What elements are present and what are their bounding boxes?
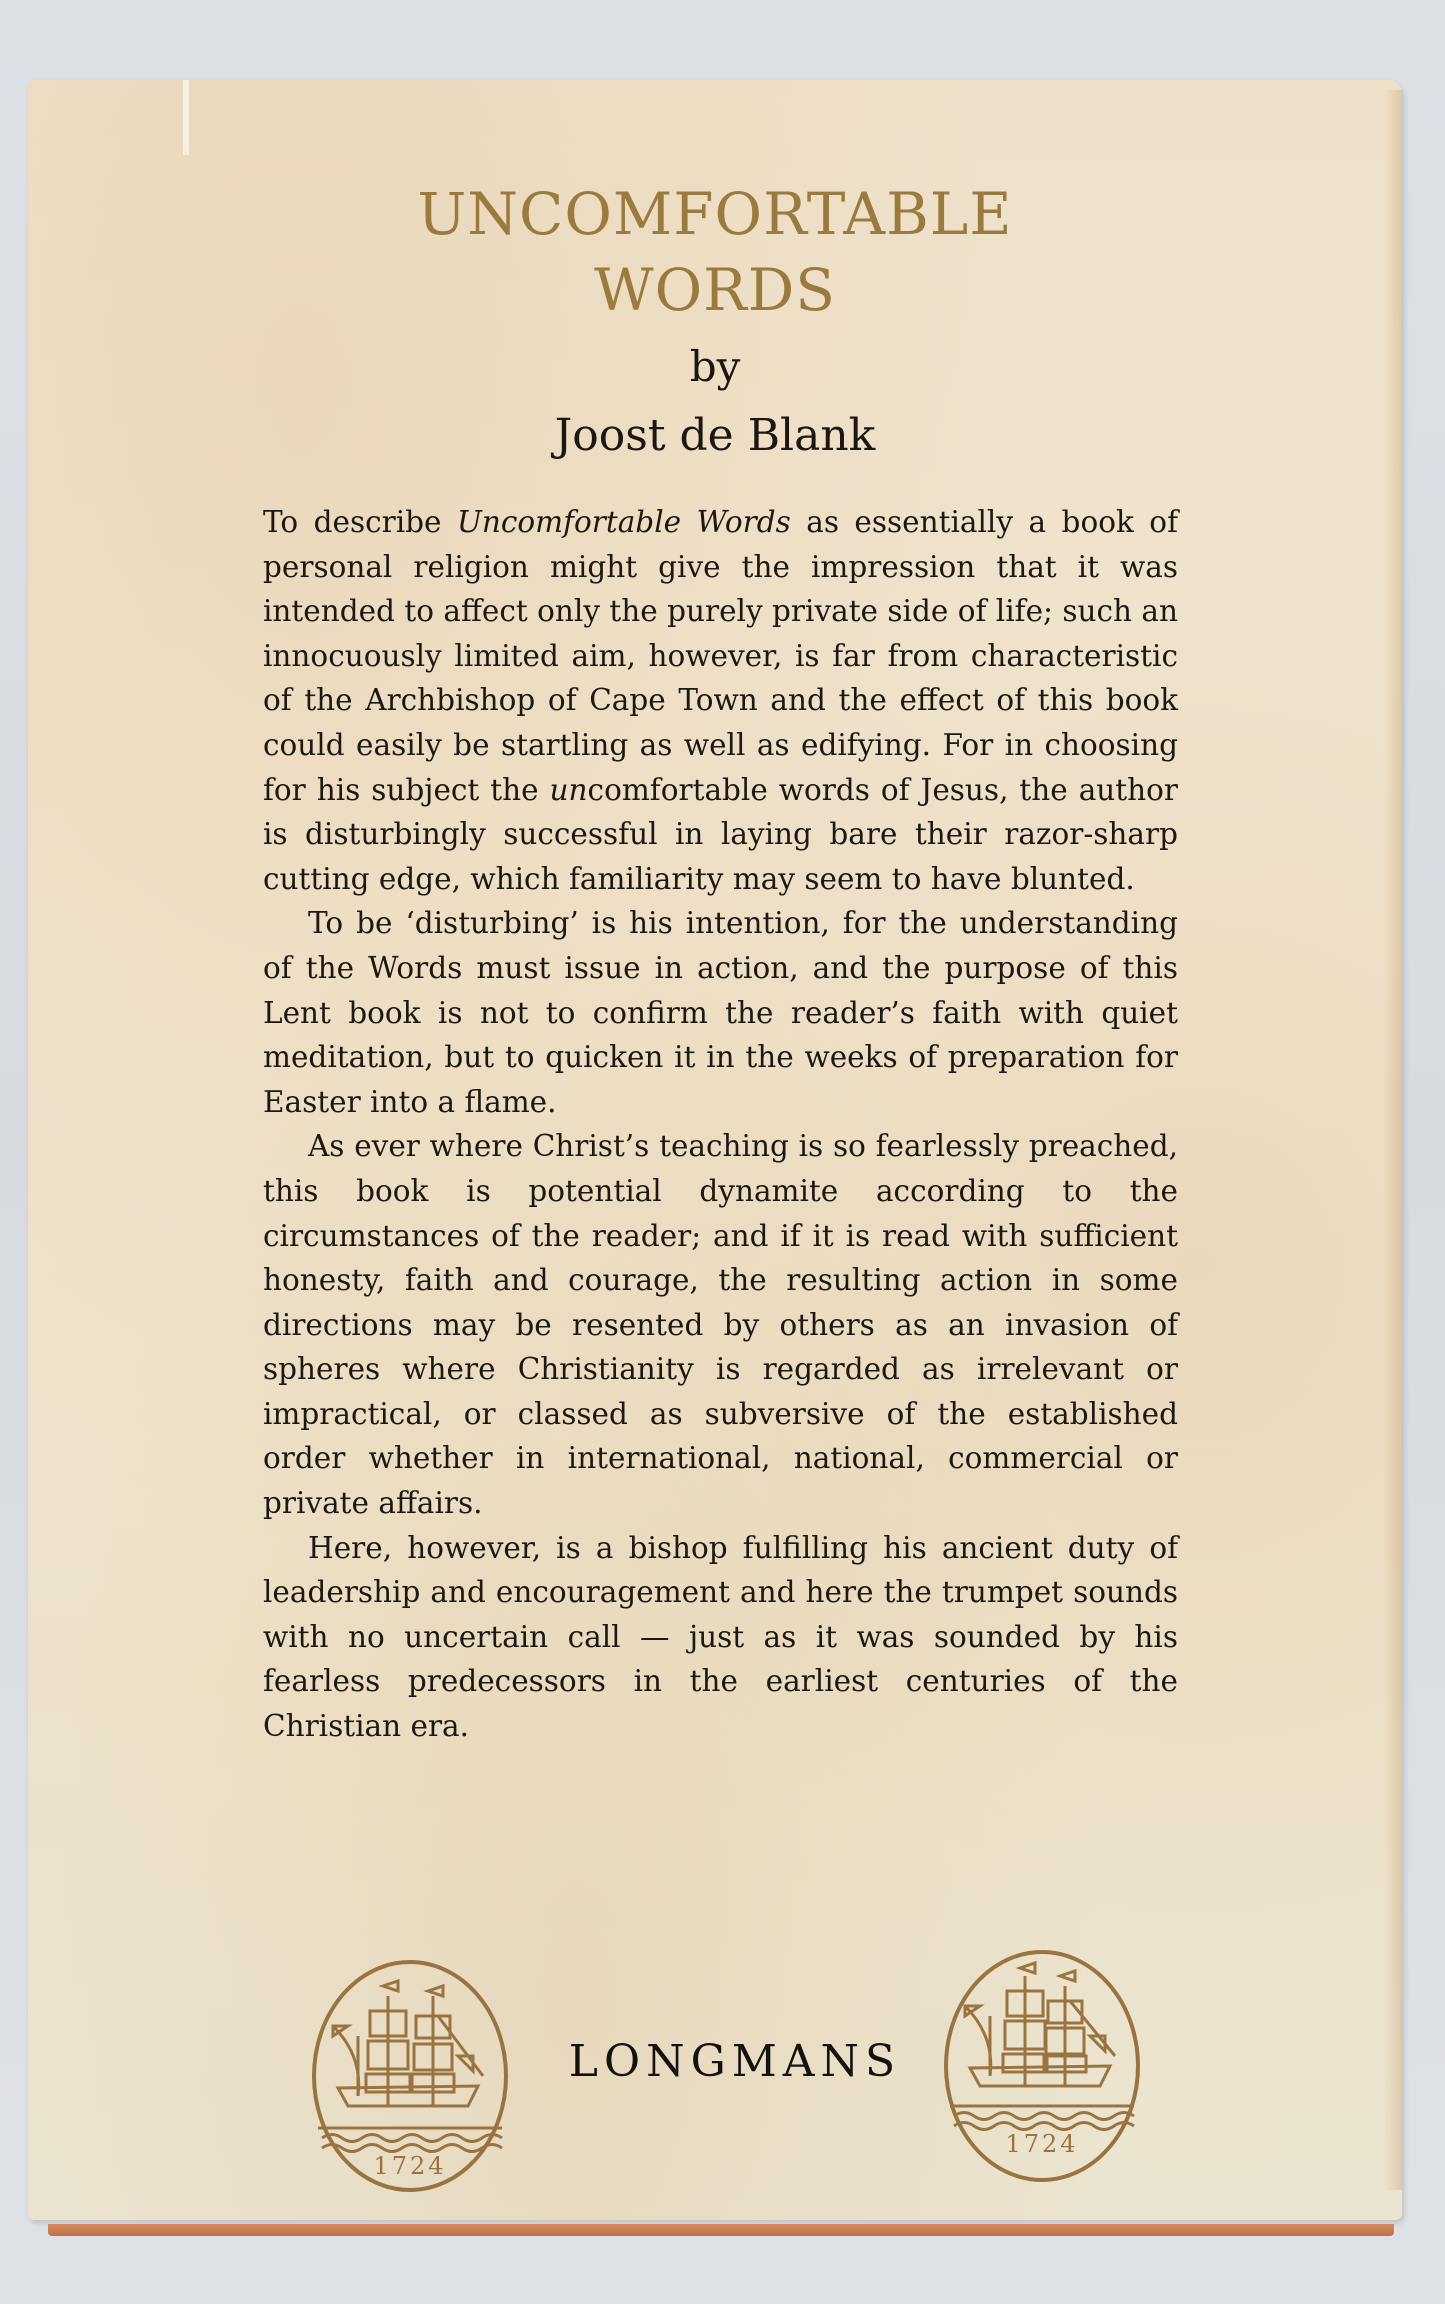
book-back-cover: UNCOMFORTABLE WORDS by Joost de Blank To… xyxy=(28,80,1402,2220)
emblem-year: 1724 xyxy=(1005,2130,1078,2158)
cover-bottom-edge xyxy=(48,2224,1394,2236)
book-title-italic: Uncomfortable Words xyxy=(457,505,791,539)
byline-by: by xyxy=(28,342,1402,391)
cover-tear xyxy=(183,80,189,155)
blurb-text-span: as essentially a book of personal religi… xyxy=(263,505,1178,807)
blurb-text: To describe Uncomfortable Words as essen… xyxy=(263,500,1178,1749)
book-title-line-1: UNCOMFORTABLE xyxy=(28,180,1402,248)
emphasis-italic: un xyxy=(550,773,588,807)
emblem-year: 1724 xyxy=(373,2152,446,2180)
blurb-paragraph-3: As ever where Christ’s teaching is so fe… xyxy=(263,1124,1178,1525)
ship-emblem-icon: 1724 xyxy=(940,1946,1144,2186)
blurb-paragraph-4: Here, however, is a bishop fulfilling hi… xyxy=(263,1526,1178,1749)
ship-emblem-icon: 1724 xyxy=(308,1956,512,2196)
blurb-paragraph-1: To describe Uncomfortable Words as essen… xyxy=(263,500,1178,901)
blurb-text-span: To describe xyxy=(263,505,457,539)
cover-spine-edge xyxy=(1384,90,1402,2190)
author-name: Joost de Blank xyxy=(28,410,1402,461)
blurb-paragraph-2: To be ‘disturbing’ is his intention, for… xyxy=(263,901,1178,1124)
publisher-name: LONGMANS xyxy=(540,2036,930,2087)
book-title-line-2: WORDS xyxy=(28,256,1402,324)
